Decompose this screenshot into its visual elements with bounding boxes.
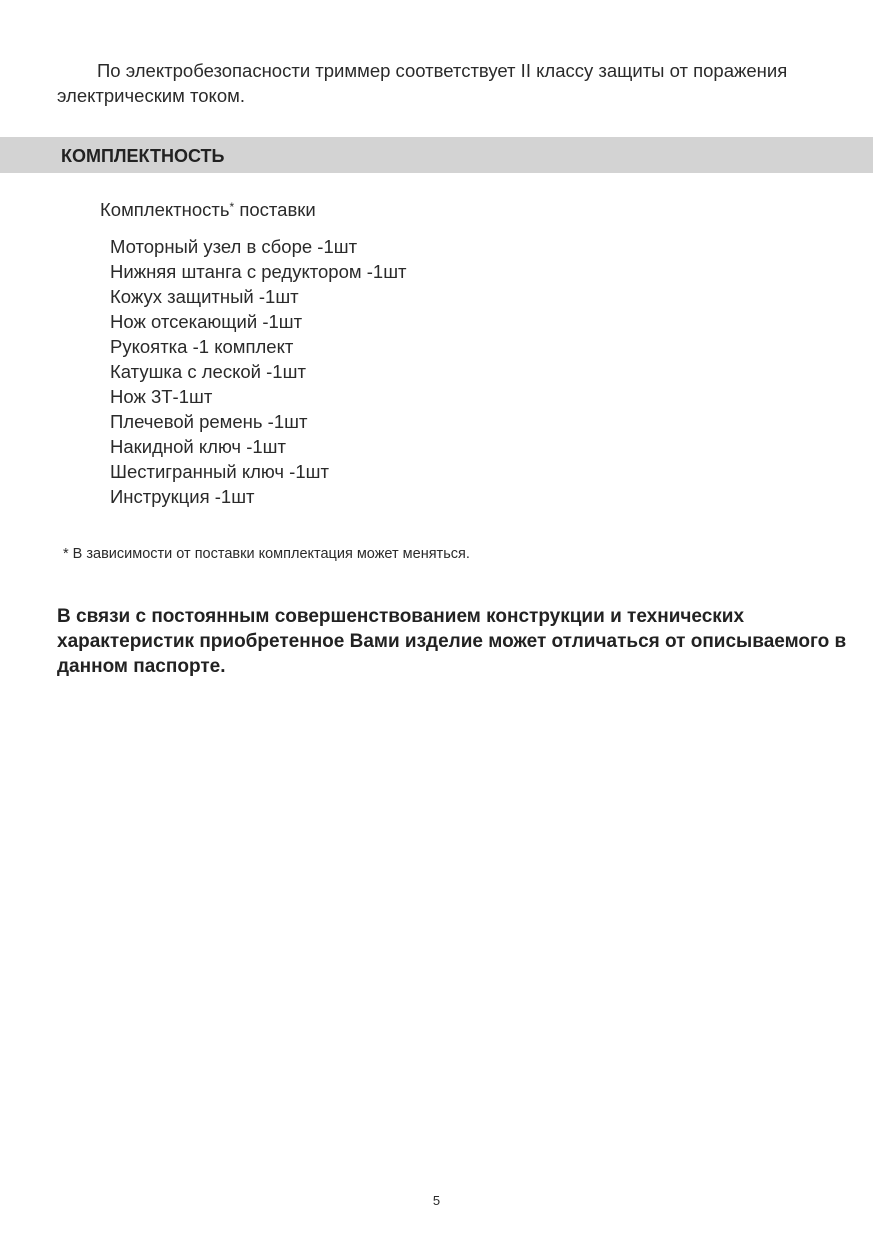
section-title: КОМПЛЕКТНОСТЬ	[61, 145, 224, 167]
delivery-items-list: Моторный узел в сборе -1шт Нижняя штанга…	[110, 234, 407, 509]
list-item: Моторный узел в сборе -1шт	[110, 234, 407, 259]
section-header-band: КОМПЛЕКТНОСТЬ	[0, 137, 873, 173]
list-item: Нож 3Т-1шт	[110, 384, 407, 409]
subtitle-main: Комплектность	[100, 199, 230, 220]
list-item: Инструкция -1шт	[110, 484, 407, 509]
list-item: Рукоятка -1 комплект	[110, 334, 407, 359]
intro-paragraph: По электробезопасности триммер соответст…	[57, 58, 817, 108]
list-item: Плечевой ремень -1шт	[110, 409, 407, 434]
list-item: Катушка с леской -1шт	[110, 359, 407, 384]
subtitle-rest: поставки	[234, 199, 316, 220]
footnote: * В зависимости от поставки комплектация…	[63, 545, 470, 563]
list-item: Шестигранный ключ -1шт	[110, 459, 407, 484]
design-change-notice: В связи с постоянным совершенствованием …	[57, 604, 847, 679]
delivery-set-subtitle: Комплектность* поставки	[100, 196, 316, 221]
list-item: Накидной ключ -1шт	[110, 434, 407, 459]
page-number: 5	[0, 1193, 873, 1209]
list-item: Нижняя штанга с редуктором -1шт	[110, 259, 407, 284]
list-item: Кожух защитный -1шт	[110, 284, 407, 309]
list-item: Нож отсекающий -1шт	[110, 309, 407, 334]
